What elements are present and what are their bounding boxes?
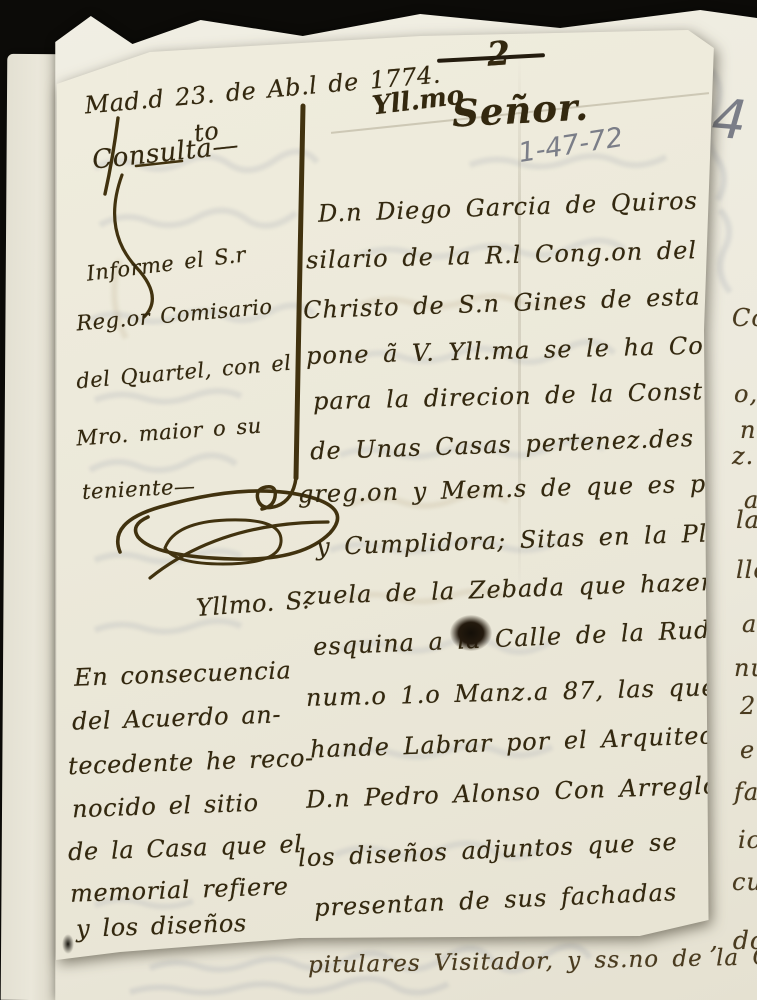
- rubric-flourish-inner: [165, 520, 281, 564]
- manuscript-page: 2 Mad.d 23. de Ab.l de 1774. Yll.mo Seño…: [0, 0, 757, 1000]
- margin-note-line: memorial refiere: [70, 872, 290, 908]
- body-line: presentan de sus fachadas: [314, 878, 678, 922]
- body-line: silario de la R.l Cong.on del SS.mo: [306, 234, 757, 275]
- page-tear-speck: [62, 934, 74, 954]
- consulta-flourish: [115, 175, 153, 317]
- manuscript-page-wrap: 2 Mad.d 23. de Ab.l de 1774. Yll.mo Seño…: [0, 0, 757, 1000]
- illmo-senor-label: Yllmo. S.: [195, 586, 311, 622]
- margin-note-line: teniente—: [81, 474, 196, 504]
- margin-note-line: En consecuencia: [74, 656, 292, 692]
- scan-stage: 4 Co o, c n z. a la lle a nu 2 e fa ic c…: [0, 0, 757, 1000]
- margin-note-line: del Acuerdo an-: [72, 700, 282, 735]
- body-line: de Unas Casas pertenez.des a dha Con: [310, 419, 757, 466]
- margin-note-line: Mro. maior o su: [75, 414, 262, 451]
- body-line: esquina a la Calle de la Ruda: [313, 615, 727, 661]
- ink-blot: [450, 615, 492, 651]
- body-line: num.o 1.o Manz.a 87, las que se: [306, 672, 757, 712]
- margin-note-line: y los diseños: [76, 909, 248, 943]
- body-line: zuela de la Zebada que hazen: [303, 568, 718, 610]
- body-line: los diseños adjuntos que se: [298, 828, 679, 873]
- body-line: hande Labrar por el Arquitecto: [310, 721, 741, 764]
- margin-note-line: tecedente he reco-: [68, 744, 315, 781]
- body-line: pone ã V. Yll.ma se le ha Comisionado: [306, 328, 757, 370]
- rubric-flourish-slash: [150, 522, 328, 578]
- margin-note-line: del Quartel, con el: [75, 351, 292, 394]
- salutation: Señor.: [451, 84, 590, 135]
- column-divider-curl: [257, 478, 296, 509]
- column-divider: [296, 106, 303, 478]
- margin-note-line: nocido el sitio: [72, 789, 260, 823]
- body-line: D.n Pedro Alonso Con Arreglo ã: [306, 770, 748, 813]
- body-line: Christo de S.n Gines de esta Corte Ex: [303, 278, 757, 325]
- margin-note-line: Reg.or Comisario: [75, 294, 273, 335]
- page-number: 2: [486, 33, 512, 74]
- margin-note-line: Informe el S.r: [85, 242, 247, 285]
- body-line: D.n Diego Garcia de Quiros Con: [318, 184, 757, 228]
- vertical-fold-crease: [518, 55, 521, 595]
- consulta-label: Consulta—: [91, 130, 240, 175]
- body-line: para la direcion de la Construccion: [313, 375, 757, 416]
- margin-note-line: de la Casa que el: [68, 830, 303, 866]
- body-line: greg.on y Mem.s de que es patrona: [298, 468, 757, 509]
